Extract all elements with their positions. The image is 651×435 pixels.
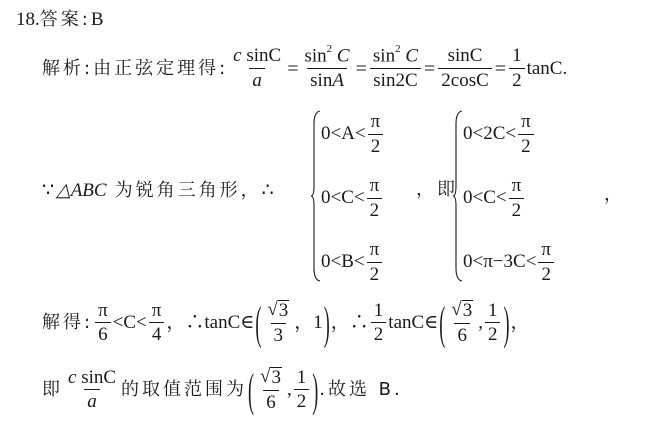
solve-label: 解得 [42,314,84,332]
fraction-sinc-over-2cosc: sinC 2cosC [438,46,492,91]
system-row-a: 0<A< π2 [321,112,385,157]
system-end-comma: ， [604,186,625,204]
therefore-symbol: ∴ [262,181,274,200]
analysis-label: 解析 [42,60,84,78]
conclusion-line: 即 c sinCa 的取值范围为 ( √36 , 12 ) .故选 B. [42,367,403,413]
because-symbol: ∵ [42,181,54,200]
answer-value: B [91,10,104,29]
tanc-result: tanC. [527,59,568,78]
triangle-abc: △ABC [56,181,107,200]
system-row-c2: 0<C< π2 [463,176,526,221]
fraction-csinc-over-a: c sinC a [230,46,284,91]
question-number: 18. [16,10,40,29]
system-row-pi-3c: 0<π−3C< π2 [463,240,556,285]
system-row-2c: 0<2C< π2 [463,112,536,157]
system-row-c: 0<C< π2 [321,176,384,221]
fraction-sin2c-over-sina: sin2 C sinA [301,46,352,91]
fraction-sin2c-over-sin2c: sin2 C sin2C [370,46,421,91]
answer-label: 答案 [40,11,82,29]
fraction-one-half: 1 2 [509,46,525,91]
question-header: 18. 答案 : B [16,10,104,29]
solve-line: 解得 : π6 <C< π4 ，∴tanC∈ ( √33 ，1 ) ，∴ 12 … [42,300,529,346]
right-inequality-system: 0<2C< π2 0<C< π2 0<π−3C< π2 [453,110,623,285]
right-brace-icon [453,110,463,282]
analysis-lead: 由正弦定理得 [93,60,219,78]
left-brace-icon [311,110,321,282]
analysis-line: 解析 : 由正弦定理得 : c sinC a = sin2 C sinA = s… [42,46,567,91]
ji-connector: ，即 [416,181,458,199]
acute-triangle-line: ∵ △ABC 为锐角三角形 ， ∴ [42,181,274,200]
system-row-b: 0<B< π2 [321,240,384,285]
